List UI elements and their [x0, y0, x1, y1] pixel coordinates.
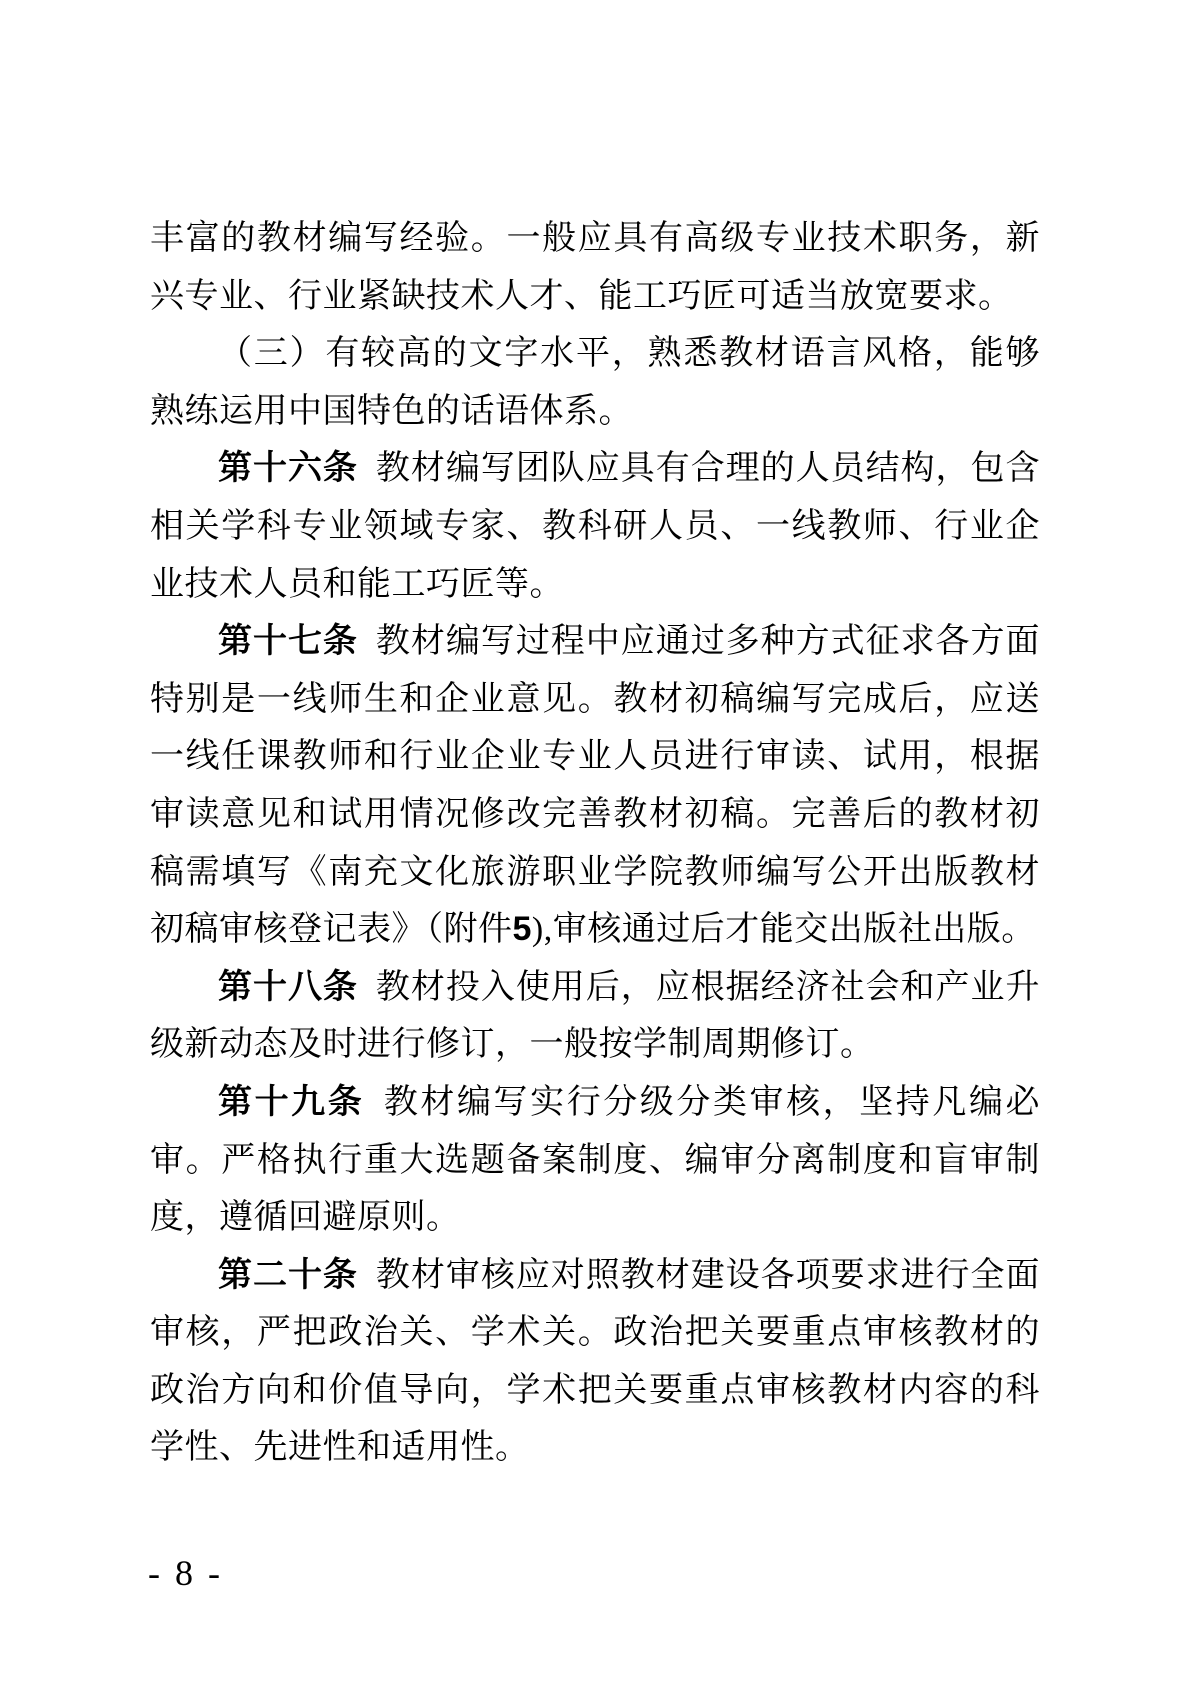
article-number-bold-run: 第十六条: [218, 449, 358, 487]
paragraph: 第二十条 教材审核应对照教材建设各项要求进行全面审核，严把政治关、学术关。政治把…: [150, 1247, 1040, 1477]
page-number: - 8 -: [148, 1552, 223, 1594]
article-number-bold-run: 第二十条: [218, 1256, 358, 1294]
article-number-bold-run: 第十九条: [218, 1083, 364, 1121]
paragraph: 丰富的教材编写经验。一般应具有高级专业技术职务，新兴专业、行业紧缺技术人才、能工…: [150, 210, 1040, 325]
paragraph: 第十八条 教材投入使用后，应根据经济社会和产业升级新动态及时进行修订，一般按学制…: [150, 959, 1040, 1074]
article-number-bold-run: 第十八条: [218, 968, 358, 1006]
text-run: 丰富的教材编写经验。一般应具有高级专业技术职务，新兴专业、行业紧缺技术人才、能工…: [150, 220, 1040, 315]
article-number-bold-run: 第十七条: [218, 622, 358, 660]
paragraph: （三）有较高的文字水平，熟悉教材语言风格，能够熟练运用中国特色的话语体系。: [150, 325, 1040, 440]
paragraph: 第十六条 教材编写团队应具有合理的人员结构，包含相关学科专业领域专家、教科研人员…: [150, 440, 1040, 613]
text-run: （三）有较高的文字水平，熟悉教材语言风格，能够熟练运用中国特色的话语体系。: [150, 335, 1040, 430]
article-number-bold-run: 5: [513, 910, 532, 948]
paragraph: 第十七条 教材编写过程中应通过多种方式征求各方面特别是一线师生和企业意见。教材初…: [150, 613, 1040, 959]
text-run: ),审核通过后才能交出版社出版。: [532, 911, 1036, 948]
document-page: 丰富的教材编写经验。一般应具有高级专业技术职务，新兴专业、行业紧缺技术人才、能工…: [0, 0, 1191, 1684]
paragraph: 第十九条 教材编写实行分级分类审核，坚持凡编必审。严格执行重大选题备案制度、编审…: [150, 1074, 1040, 1247]
text-run: 教材编写过程中应通过多种方式征求各方面特别是一线师生和企业意见。教材初稿编写完成…: [150, 623, 1040, 948]
document-body: 丰富的教材编写经验。一般应具有高级专业技术职务，新兴专业、行业紧缺技术人才、能工…: [150, 210, 1040, 1477]
